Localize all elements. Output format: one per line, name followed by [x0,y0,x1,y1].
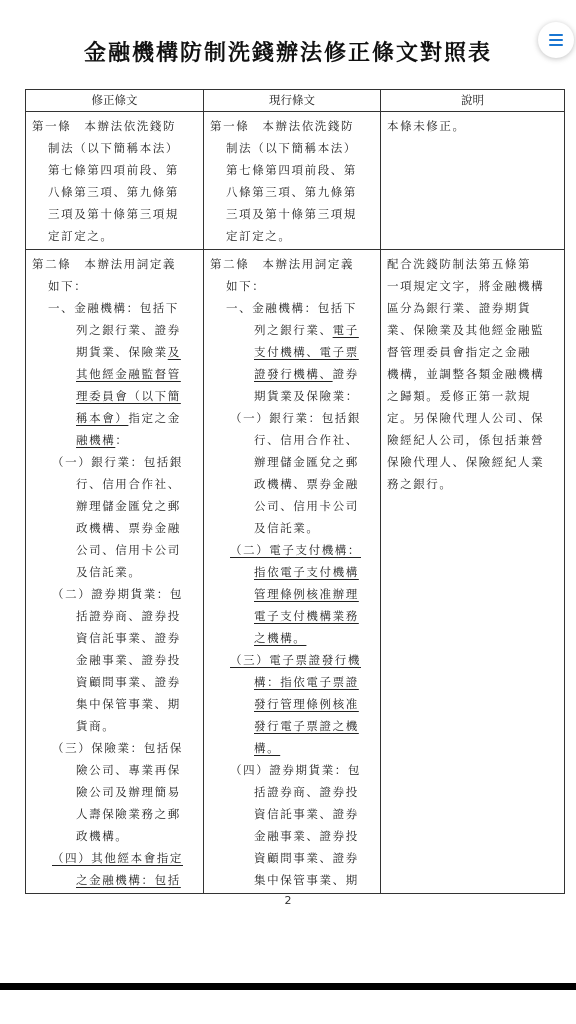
text-line: 配合洗錢防制法第五條第 [387,253,558,275]
text-segment: 及信託業。 [76,565,142,579]
amended-text: 管理條例核准辦理 [254,587,359,601]
amended-text: 融機構 [76,433,115,447]
text-line: 定訂定之。 [32,225,197,247]
current-cell: 第二條 本辦法用詞定義如下：一、金融機構：包括下列之銀行業、電子支付機構、電子票… [204,250,381,894]
text-line: 之歸類。爰修正第一款規 [387,385,558,407]
text-line: 資顧問事業、證券 [32,671,197,693]
amended-text: 指依電子支付機構 [254,565,359,579]
text-segment: （三）保險業：包括保 [52,741,183,755]
text-line: （四）證券期貨業：包 [210,759,374,781]
text-line: 行、信用合作社、 [32,473,197,495]
text-line: 辦理儲金匯兌之郵 [32,495,197,517]
table-header-row: 修正條文 現行條文 說明 [26,90,565,112]
text-line: 及信託業。 [32,561,197,583]
text-segment: 一、金融機構：包括下 [226,301,357,315]
text-line: 險經紀人公司，係包括兼營 [387,429,558,451]
text-line: 本條未修正。 [387,115,558,137]
text-line: 險公司、專業再保 [32,759,197,781]
text-segment: 貨商。 [76,719,115,733]
text-line: 辦理儲金匯兌之郵 [210,451,374,473]
text-segment: 列之銀行業、 [254,323,333,337]
text-segment: （四）證券期貨業：包 [230,763,361,777]
text-line: 業、保險業及其他經金融監 [387,319,558,341]
text-segment: 期貨業及保險業： [254,389,359,403]
hamburger-menu-icon-bar [549,39,563,41]
text-line: 構。 [210,737,374,759]
text-line: 之機構。 [210,627,374,649]
text-line: 第一條 本辦法依洗錢防 [210,115,374,137]
text-line: 八條第三項、第九條第 [32,181,197,203]
text-segment: （一）銀行業：包括銀 [230,411,361,425]
text-line: 第七條第四項前段、第 [210,159,374,181]
text-line: 及信託業。 [210,517,374,539]
hamburger-menu-icon [549,34,563,36]
hamburger-menu-icon-bar [549,44,563,46]
page-number: 2 [0,894,576,907]
text-line: （二）電子支付機構： [210,539,374,561]
text-line: 公司、信用卡公司 [32,539,197,561]
text-segment: 第七條第四項前段、第 [226,163,357,177]
text-line: 制法（以下簡稱本法） [32,137,197,159]
text-line: 融機構： [32,429,197,451]
text-segment: 務之銀行。 [387,477,453,491]
text-segment: 辦理儲金匯兌之郵 [254,455,359,469]
text-line: 集中保管事業、期 [210,869,374,891]
text-segment: 集中保管事業、期 [76,697,181,711]
text-line: 三項及第十條第三項規 [210,203,374,225]
text-segment: （二）證券期貨業：包 [52,587,183,601]
text-segment: 金融事業、證券投 [76,653,181,667]
text-line: 一、金融機構：包括下 [210,297,374,319]
header-current: 現行條文 [204,90,381,112]
text-segment: 期貨業、保險業 [76,345,168,359]
amended-text: 稱本會） [76,411,128,425]
text-segment: 括證券商、證券投 [76,609,181,623]
amended-text: 及 [168,345,181,359]
text-segment: 第一條 本辦法依洗錢防 [210,119,354,133]
text-segment: 及信託業。 [254,521,320,535]
text-line: 定。另保險代理人公司、保 [387,407,558,429]
text-line: （二）證券期貨業：包 [32,583,197,605]
text-line: 證發行機構、證券 [210,363,374,385]
text-line: 期貨業、保險業及 [32,341,197,363]
text-line: 險公司及辦理簡易 [32,781,197,803]
text-line: 支付機構、電子票 [210,341,374,363]
text-segment: 資顧問事業、證券 [76,675,181,689]
text-line: 如下： [32,275,197,297]
text-line: 定訂定之。 [210,225,374,247]
amended-text: 電子支付機構業務 [254,609,359,623]
amended-cell: 第一條 本辦法依洗錢防制法（以下簡稱本法）第七條第四項前段、第八條第三項、第九條… [26,112,204,250]
text-segment: 制法（以下簡稱本法） [226,141,357,155]
amended-text: 支付機構、電子票 [254,345,359,359]
text-line: 督管理委員會指定之金融 [387,341,558,363]
text-segment: 第七條第四項前段、第 [48,163,179,177]
text-segment: 公司、信用卡公司 [76,543,181,557]
text-line: 管理條例核准辦理 [210,583,374,605]
text-line: 集中保管事業、期 [32,693,197,715]
amended-text: 發行管理條例核准 [254,697,359,711]
text-line: 電子支付機構業務 [210,605,374,627]
text-segment: 八條第三項、第九條第 [48,185,179,199]
text-segment: 第二條 本辦法用詞定義 [32,257,176,271]
text-segment: 八條第三項、第九條第 [226,185,357,199]
amended-text: 證發行機構、 [254,367,333,381]
amended-text: （二）電子支付機構： [230,543,361,557]
text-line: 稱本會）指定之金 [32,407,197,429]
amended-text: 構：指依電子票證 [254,675,359,689]
amended-text: （三）電子票證發行機 [230,653,361,667]
text-line: （三）電子票證發行機 [210,649,374,671]
text-line: 資信託事業、證券 [210,803,374,825]
text-line: 第一條 本辦法依洗錢防 [32,115,197,137]
text-line: 第二條 本辦法用詞定義 [210,253,374,275]
text-line: 金融事業、證券投 [210,825,374,847]
text-line: 列之銀行業、電子 [210,319,374,341]
text-segment: 三項及第十條第三項規 [48,207,179,221]
text-segment: 金融事業、證券投 [254,829,359,843]
comparison-table: 修正條文 現行條文 說明 第一條 本辦法依洗錢防制法（以下簡稱本法）第七條第四項… [25,89,565,894]
text-line: 政機構、票券金融 [32,517,197,539]
text-segment: 如下： [226,279,265,293]
text-segment: 機構，並調整各類金融機構 [387,367,544,381]
text-line: 括證券商、證券投 [210,781,374,803]
amended-text: 其他經金融監督管 [76,367,181,381]
text-segment: （一）銀行業：包括銀 [52,455,183,469]
text-line: 貨商。 [32,715,197,737]
text-segment: 如下： [48,279,87,293]
text-line: 人壽保險業務之郵 [32,803,197,825]
text-segment: 人壽保險業務之郵 [76,807,181,821]
text-line: 務之銀行。 [387,473,558,495]
text-segment: 之歸類。爰修正第一款規 [387,389,531,403]
text-line: （四）其他經本會指定 [32,847,197,869]
text-segment: 證券 [333,367,359,381]
text-line: 期貨業及保險業： [210,385,374,407]
text-line: 行、信用合作社、 [210,429,374,451]
text-segment: 督管理委員會指定之金融 [387,345,531,359]
text-line: 括證券商、證券投 [32,605,197,627]
text-segment: 定訂定之。 [226,229,292,243]
text-line: 政機構、票券金融 [210,473,374,495]
text-line: （一）銀行業：包括銀 [210,407,374,429]
text-segment: 險公司及辦理簡易 [76,785,181,799]
text-line: 一、金融機構：包括下 [32,297,197,319]
text-segment: 政機構。 [76,829,128,843]
header-amended: 修正條文 [26,90,204,112]
text-segment: 一項規定文字，將金融機構 [387,279,544,293]
header-explanation: 說明 [381,90,565,112]
amended-text: 發行電子票證之機 [254,719,359,733]
explanation-cell: 本條未修正。 [381,112,565,250]
text-line: 一項規定文字，將金融機構 [387,275,558,297]
amended-text: 之金融機構：包括 [76,873,181,887]
text-line: 發行電子票證之機 [210,715,374,737]
text-line: 列之銀行業、證券 [32,319,197,341]
text-segment: 三項及第十條第三項規 [226,207,357,221]
text-segment: 辦理儲金匯兌之郵 [76,499,181,513]
text-segment: 定訂定之。 [48,229,114,243]
amended-text: 理委員會（以下簡 [76,389,181,403]
text-line: 區分為銀行業、證券期貨 [387,297,558,319]
text-segment: 指定之金 [128,411,180,425]
text-line: （一）銀行業：包括銀 [32,451,197,473]
text-segment: 行、信用合作社、 [76,477,181,491]
text-segment: 列之銀行業、證券 [76,323,181,337]
text-line: 政機構。 [32,825,197,847]
text-segment: 定。另保險代理人公司、保 [387,411,544,425]
text-line: 公司、信用卡公司 [210,495,374,517]
text-segment: 配合洗錢防制法第五條第 [387,257,531,271]
text-segment: 括證券商、證券投 [254,785,359,799]
current-cell: 第一條 本辦法依洗錢防制法（以下簡稱本法）第七條第四項前段、第八條第三項、第九條… [204,112,381,250]
text-segment: 政機構、票券金融 [76,521,181,535]
text-segment: 政機構、票券金融 [254,477,359,491]
text-segment: ： [115,433,128,447]
text-segment: 公司、信用卡公司 [254,499,359,513]
explanation-cell: 配合洗錢防制法第五條第一項規定文字，將金融機構區分為銀行業、證券期貨業、保險業及… [381,250,565,894]
text-line: 制法（以下簡稱本法） [210,137,374,159]
text-line: 發行管理條例核准 [210,693,374,715]
document-title: 金融機構防制洗錢辦法修正條文對照表 [0,36,576,67]
text-segment: 第一條 本辦法依洗錢防 [32,119,176,133]
text-segment: 一、金融機構：包括下 [48,301,179,315]
text-line: 指依電子支付機構 [210,561,374,583]
text-line: 構：指依電子票證 [210,671,374,693]
text-line: 資顧問事業、證券 [210,847,374,869]
text-segment: 險經紀人公司，係包括兼營 [387,433,544,447]
text-segment: 資信託事業、證券 [254,807,359,821]
text-segment: 資顧問事業、證券 [254,851,359,865]
text-segment: 險公司、專業再保 [76,763,181,777]
text-line: 如下： [210,275,374,297]
table-row: 第二條 本辦法用詞定義如下：一、金融機構：包括下列之銀行業、證券期貨業、保險業及… [26,250,565,894]
page-separator-bar [0,983,576,990]
text-line: 資信託事業、證券 [32,627,197,649]
text-segment: 業、保險業及其他經金融監 [387,323,544,337]
menu-button[interactable] [538,22,574,58]
text-segment: 集中保管事業、期 [254,873,359,887]
text-segment: 區分為銀行業、證券期貨 [387,301,531,315]
amended-text: 電子 [333,323,359,337]
amended-cell: 第二條 本辦法用詞定義如下：一、金融機構：包括下列之銀行業、證券期貨業、保險業及… [26,250,204,894]
amended-text: 之機構。 [254,631,306,645]
text-line: 八條第三項、第九條第 [210,181,374,203]
text-line: 第七條第四項前段、第 [32,159,197,181]
text-line: 第二條 本辦法用詞定義 [32,253,197,275]
text-line: （三）保險業：包括保 [32,737,197,759]
text-line: 其他經金融監督管 [32,363,197,385]
text-segment: 資信託事業、證券 [76,631,181,645]
text-line: 金融事業、證券投 [32,649,197,671]
table-row: 第一條 本辦法依洗錢防制法（以下簡稱本法）第七條第四項前段、第八條第三項、第九條… [26,112,565,250]
text-line: 理委員會（以下簡 [32,385,197,407]
text-line: 三項及第十條第三項規 [32,203,197,225]
text-segment: 第二條 本辦法用詞定義 [210,257,354,271]
amended-text: （四）其他經本會指定 [52,851,183,865]
text-segment: 本條未修正。 [387,119,466,133]
amended-text: 構。 [254,741,280,755]
text-segment: 制法（以下簡稱本法） [48,141,179,155]
text-line: 機構，並調整各類金融機構 [387,363,558,385]
text-line: 之金融機構：包括 [32,869,197,891]
text-segment: 行、信用合作社、 [254,433,359,447]
text-segment: 保險代理人、保險經紀人業 [387,455,544,469]
text-line: 保險代理人、保險經紀人業 [387,451,558,473]
